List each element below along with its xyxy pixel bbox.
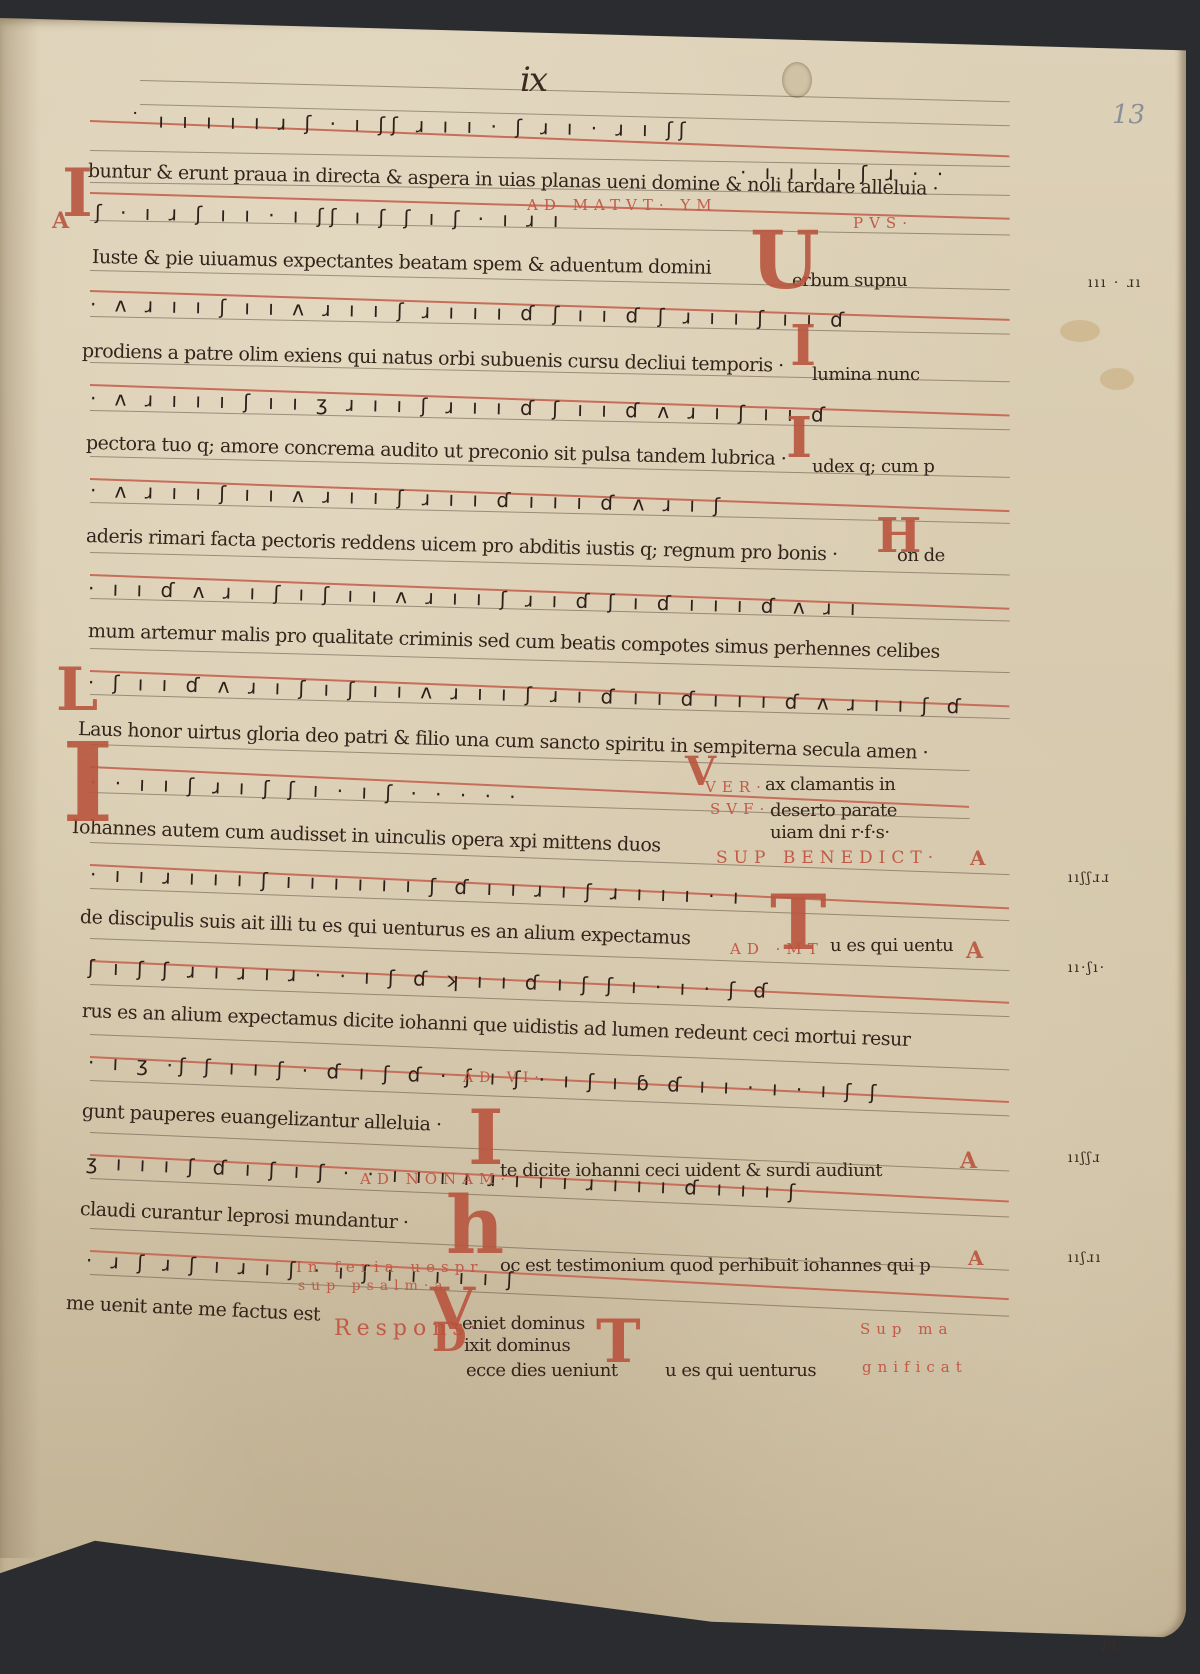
rubric-label: sup psalm·a — [298, 1278, 449, 1294]
chant-text-fragment: te dicite iohanni ceci uident & surdi au… — [500, 1160, 882, 1181]
initial-illumina: I — [790, 318, 816, 374]
chant-text-fragment: lumina nunc — [812, 364, 920, 385]
rubric-label: SVF· — [710, 800, 770, 818]
antiphon-marker: A — [960, 1150, 977, 1172]
chant-text-fragment: u es qui uenturus — [665, 1360, 816, 1381]
chant-text-fragment: u es qui uentu — [830, 935, 953, 956]
initial-laus: L — [56, 660, 98, 720]
rubric-label: AD VI· — [463, 1070, 545, 1086]
chant-text-fragment: oc est testimonium quod perhibuit iohann… — [500, 1255, 930, 1276]
antiphon-marker: A — [970, 848, 986, 868]
initial-dixit: D — [432, 1318, 467, 1358]
water-stain — [1100, 368, 1134, 390]
margin-neume-annotation: ııʃɹı — [1068, 1250, 1102, 1266]
initial-uerbum: U — [750, 220, 820, 300]
initial-tu-es: T — [596, 1312, 641, 1372]
rubric-label: PVS· — [853, 214, 913, 232]
chant-text-fragment: udex q; cum p — [812, 456, 934, 477]
roman-foliation: ix — [520, 60, 546, 100]
chant-text-fragment: ecce dies ueniunt — [466, 1360, 618, 1381]
chant-text-fragment: deserto parate — [770, 800, 897, 821]
initial-ite: I — [468, 1100, 504, 1176]
initial-hoc: h — [446, 1185, 504, 1265]
folio-number-bottom: 13. — [1100, 1640, 1121, 1655]
initial-tu: T — [770, 885, 827, 961]
rubric-label: gnificat — [862, 1358, 968, 1376]
antiphon-marker: A — [52, 210, 69, 232]
parchment-repair-patch — [782, 62, 812, 98]
initial-hon: H — [876, 512, 921, 560]
chant-text-fragment: ax clamantis in — [765, 774, 895, 795]
margin-neume-annotation: ııʃʃɹ — [1068, 1150, 1102, 1166]
binding-gutter — [0, 18, 40, 1558]
initial-iohannes: I — [62, 728, 113, 838]
folio-number-pencil: 13 — [1112, 100, 1145, 130]
antiphon-marker: A — [968, 1248, 984, 1268]
initial-uox: V — [685, 752, 716, 792]
rubric-label: SUP BENEDICT· — [716, 848, 939, 868]
initial-iudex: I — [786, 410, 812, 466]
antiphon-marker: A — [966, 940, 983, 962]
rubric-label: Sup ma — [860, 1320, 953, 1338]
water-stain — [1060, 320, 1100, 342]
margin-neume-annotation: ııʃʃɹɹ — [1068, 870, 1111, 886]
chant-text-fragment: uiam dni r·f·s· — [770, 822, 890, 843]
margin-neume-annotation: ıı·ʃı· — [1068, 960, 1106, 976]
margin-neume-annotation: ııı · ɹı — [1088, 275, 1142, 291]
rubric-label: AD MATVT· YM — [527, 196, 718, 214]
